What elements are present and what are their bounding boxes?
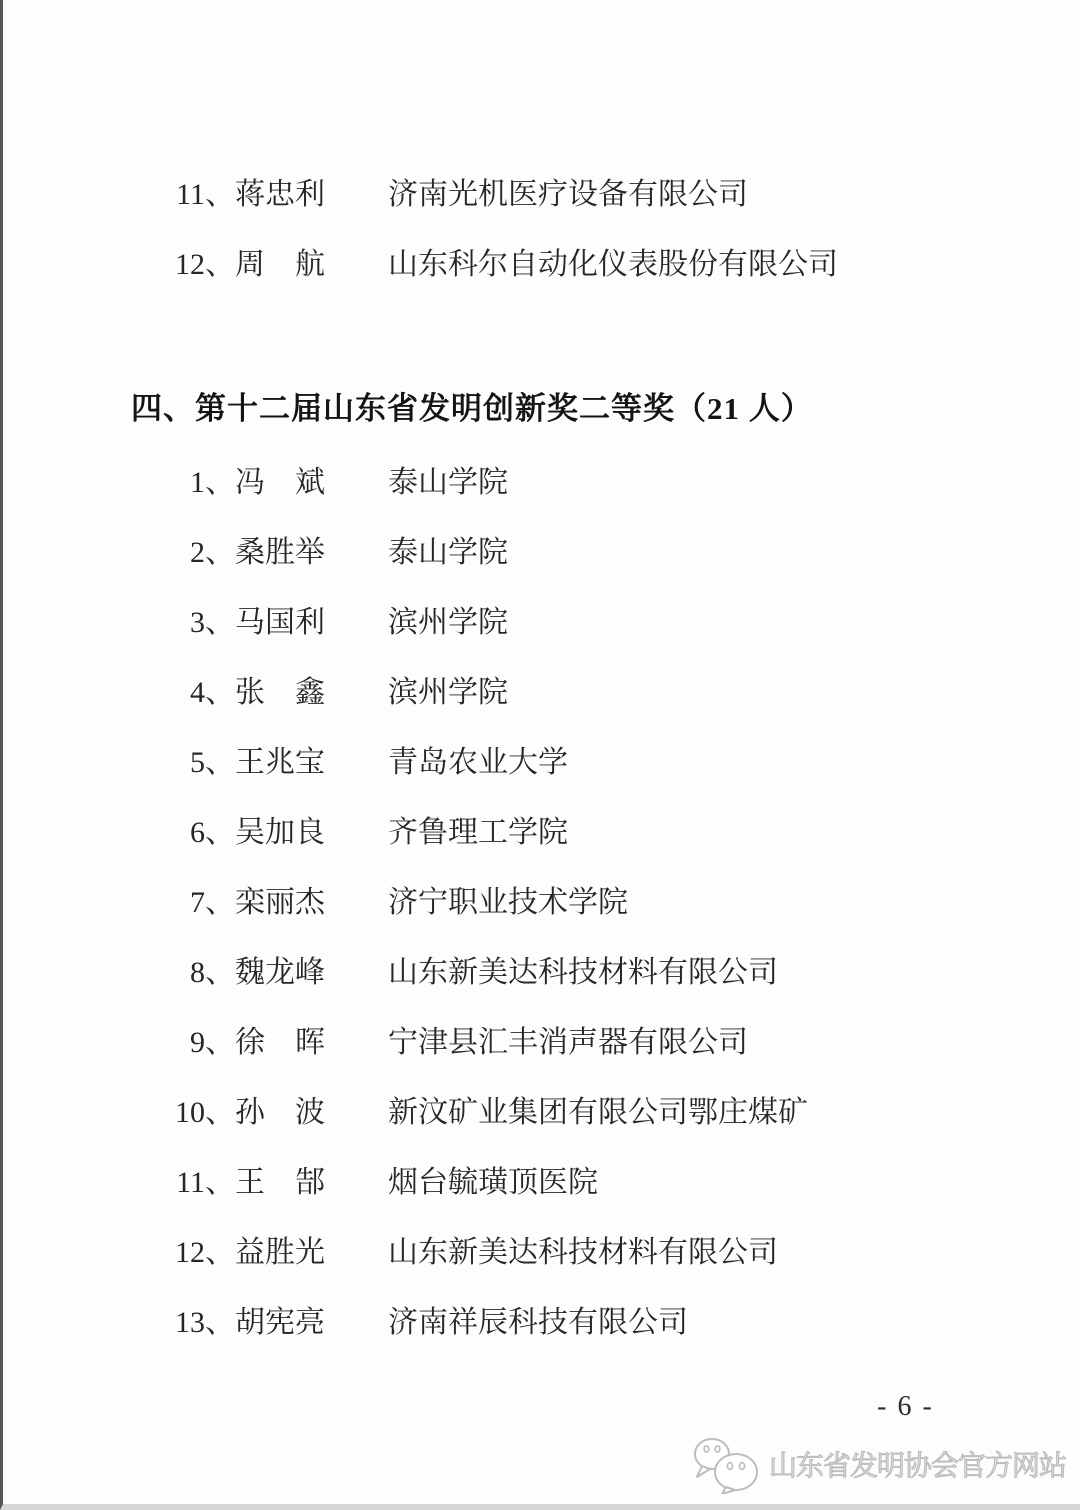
item-number: 12、 <box>173 1236 235 1270</box>
award-list-item: 12、 周 航 山东科尔自动化仪表股份有限公司 <box>3 248 1080 318</box>
winner-organization: 青岛农业大学 <box>388 746 1080 780</box>
winner-organization: 新汶矿业集团有限公司鄂庄煤矿 <box>388 1096 1080 1130</box>
winner-name: 胡宪亮 <box>235 1306 388 1340</box>
item-number: 1、 <box>173 466 235 500</box>
award-list-item: 7、 栾丽杰 济宁职业技术学院 <box>3 886 1080 956</box>
previous-section-items: 11、 蒋忠利 济南光机医疗设备有限公司 12、 周 航 山东科尔自动化仪表股份… <box>3 178 1080 318</box>
watermark-text: 山东省发明协会官方网站 <box>769 1444 1066 1484</box>
award-list-item: 5、 王兆宝 青岛农业大学 <box>3 746 1080 816</box>
winner-organization: 山东新美达科技材料有限公司 <box>388 1236 1080 1270</box>
winner-name: 马国利 <box>235 606 388 640</box>
winner-organization: 泰山学院 <box>388 466 1080 500</box>
award-list-item: 6、 吴加良 齐鲁理工学院 <box>3 816 1080 886</box>
document-page: 11、 蒋忠利 济南光机医疗设备有限公司 12、 周 航 山东科尔自动化仪表股份… <box>0 0 1080 1510</box>
award-list-item: 1、 冯 斌 泰山学院 <box>3 466 1080 536</box>
winner-name: 张 鑫 <box>235 676 388 710</box>
award-list-item: 4、 张 鑫 滨州学院 <box>3 676 1080 746</box>
item-number: 5、 <box>173 746 235 780</box>
item-number: 10、 <box>173 1096 235 1130</box>
section-items: 1、 冯 斌 泰山学院 2、 桑胜举 泰山学院 3、 马国利 滨州学院 4、 张… <box>3 466 1080 1376</box>
item-number: 6、 <box>173 816 235 850</box>
footer-watermark: 山东省发明协会官方网站 <box>689 1434 1066 1494</box>
item-number: 11、 <box>173 178 235 212</box>
winner-name: 吴加良 <box>235 816 388 850</box>
winner-name: 王兆宝 <box>235 746 388 780</box>
winner-name: 徐 晖 <box>235 1026 388 1060</box>
award-list-item: 12、 益胜光 山东新美达科技材料有限公司 <box>3 1236 1080 1306</box>
winner-name: 王 郜 <box>235 1166 388 1200</box>
award-list-item: 11、 王 郜 烟台毓璜顶医院 <box>3 1166 1080 1236</box>
winner-organization: 烟台毓璜顶医院 <box>388 1166 1080 1200</box>
winner-name: 桑胜举 <box>235 536 388 570</box>
award-list-item: 10、 孙 波 新汶矿业集团有限公司鄂庄煤矿 <box>3 1096 1080 1166</box>
winner-organization: 山东科尔自动化仪表股份有限公司 <box>388 248 1080 282</box>
winner-organization: 滨州学院 <box>388 606 1080 640</box>
winner-name: 蒋忠利 <box>235 178 388 212</box>
winner-organization: 滨州学院 <box>388 676 1080 710</box>
award-list-item: 2、 桑胜举 泰山学院 <box>3 536 1080 606</box>
item-number: 4、 <box>173 676 235 710</box>
winner-name: 周 航 <box>235 248 388 282</box>
award-list-item: 13、 胡宪亮 济南祥辰科技有限公司 <box>3 1306 1080 1376</box>
page-number: - 6 - <box>858 1391 953 1423</box>
item-number: 13、 <box>173 1306 235 1340</box>
item-number: 7、 <box>173 886 235 920</box>
winner-organization: 济宁职业技术学院 <box>388 886 1080 920</box>
award-list-item: 8、 魏龙峰 山东新美达科技材料有限公司 <box>3 956 1080 1026</box>
award-list-item: 11、 蒋忠利 济南光机医疗设备有限公司 <box>3 178 1080 248</box>
winner-name: 冯 斌 <box>235 466 388 500</box>
award-list-item: 3、 马国利 滨州学院 <box>3 606 1080 676</box>
winner-name: 栾丽杰 <box>235 886 388 920</box>
winner-organization: 宁津县汇丰消声器有限公司 <box>388 1026 1080 1060</box>
item-number: 11、 <box>173 1166 235 1200</box>
winner-name: 魏龙峰 <box>235 956 388 990</box>
winner-organization: 泰山学院 <box>388 536 1080 570</box>
winner-organization: 济南光机医疗设备有限公司 <box>388 178 1080 212</box>
wechat-icon <box>689 1434 763 1494</box>
award-list-item: 9、 徐 晖 宁津县汇丰消声器有限公司 <box>3 1026 1080 1096</box>
winner-organization: 山东新美达科技材料有限公司 <box>388 956 1080 990</box>
winner-name: 益胜光 <box>235 1236 388 1270</box>
item-number: 9、 <box>173 1026 235 1060</box>
winner-organization: 齐鲁理工学院 <box>388 816 1080 850</box>
item-number: 3、 <box>173 606 235 640</box>
winner-organization: 济南祥辰科技有限公司 <box>388 1306 1080 1340</box>
item-number: 2、 <box>173 536 235 570</box>
item-number: 12、 <box>173 248 235 282</box>
winner-name: 孙 波 <box>235 1096 388 1130</box>
section-heading: 四、第十二届山东省发明创新奖二等奖（21 人） <box>131 390 813 428</box>
item-number: 8、 <box>173 956 235 990</box>
